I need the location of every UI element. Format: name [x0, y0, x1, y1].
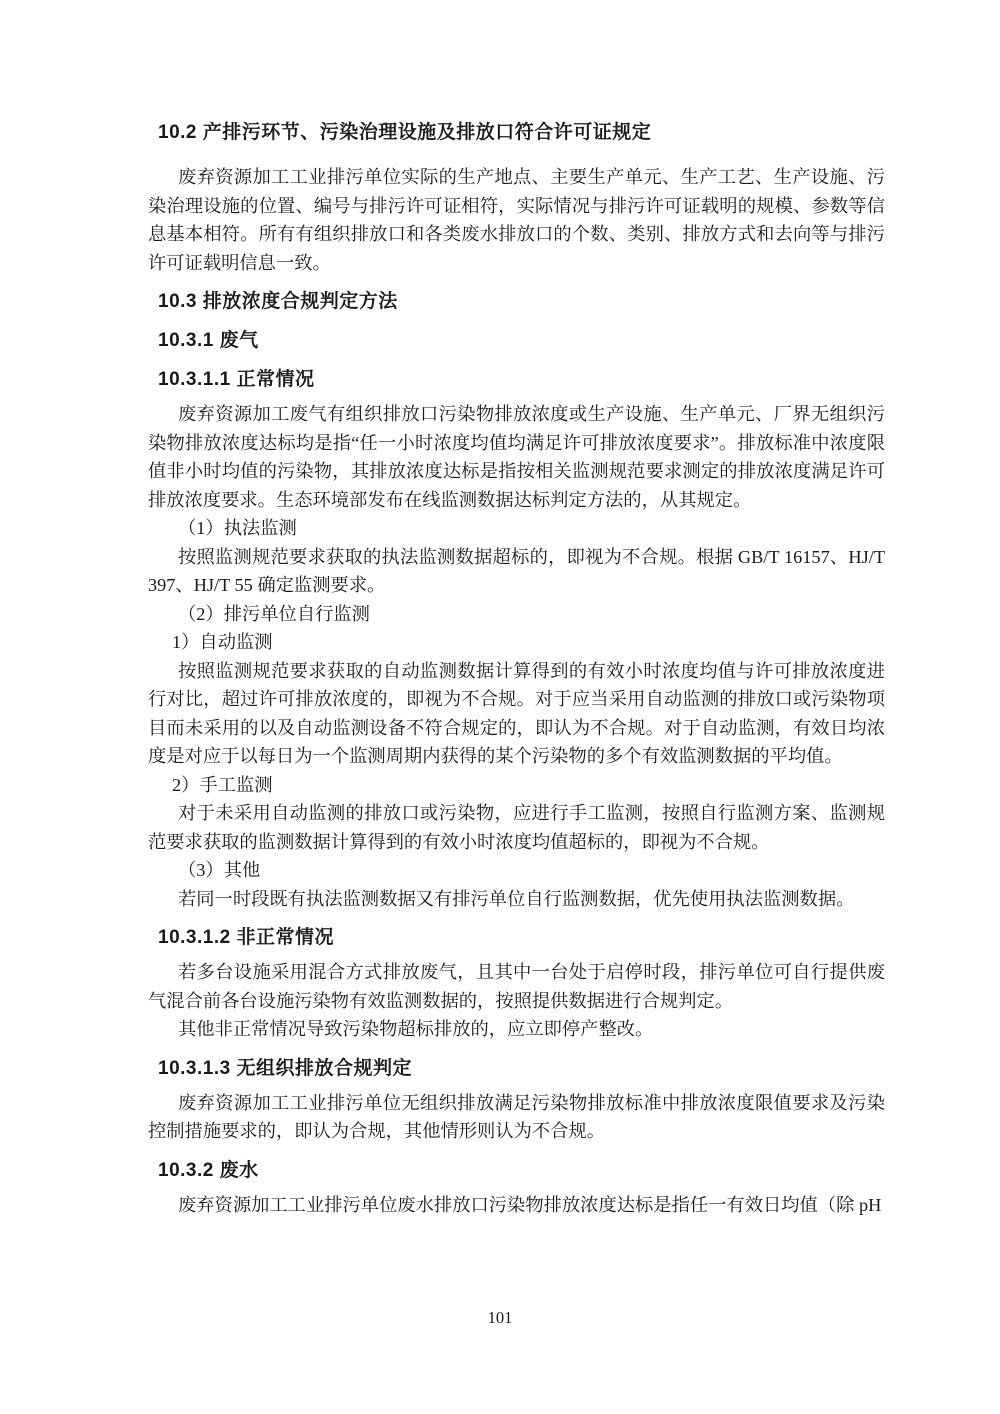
section-heading-10-2: 10.2 产排污环节、污染治理设施及排放口符合许可证规定 [158, 118, 885, 147]
paragraph-abnormal-stop-production: 其他非正常情况导致污染物超标排放的，应立即停产整改。 [148, 1015, 885, 1044]
paragraph-abnormal-mixed-discharge: 若多台设施采用混合方式排放废气，且其中一台处于启停时段，排污单位可自行提供废气混… [148, 958, 885, 1015]
paragraph-fugitive-emission: 废弃资源加工工业排污单位无组织排放满足污染物排放标准中排放浓度限值要求及污染控制… [148, 1089, 885, 1146]
item-self-monitoring: （2）排污单位自行监测 [148, 600, 885, 629]
section-heading-10-3-1: 10.3.1 废气 [158, 326, 885, 355]
document-page: 10.2 产排污环节、污染治理设施及排放口符合许可证规定 废弃资源加工工业排污单… [0, 0, 1000, 1414]
item-law-enforcement-monitoring: （1）执法监测 [148, 514, 885, 543]
page-number: 101 [0, 1308, 1000, 1328]
paragraph-wastewater: 废弃资源加工工业排污单位废水排放口污染物排放浓度达标是指任一有效日均值（除 pH [148, 1191, 885, 1220]
paragraph-law-enforcement-monitoring: 按照监测规范要求获取的执法监测数据超标的，即视为不合规。根据 GB/T 1615… [148, 543, 885, 600]
section-heading-10-3-1-2: 10.3.1.2 非正常情况 [158, 923, 885, 952]
item-other: （3）其他 [148, 856, 885, 885]
section-heading-10-3: 10.3 排放浓度合规判定方法 [158, 287, 885, 316]
subitem-automatic-monitoring: 1）自动监测 [148, 628, 885, 657]
section-heading-10-3-2: 10.3.2 废水 [158, 1156, 885, 1185]
paragraph-manual-monitoring: 对于未采用自动监测的排放口或污染物，应进行手工监测，按照自行监测方案、监测规范要… [148, 799, 885, 856]
subitem-manual-monitoring: 2）手工监测 [148, 771, 885, 800]
paragraph-automatic-monitoring: 按照监测规范要求获取的自动监测数据计算得到的有效小时浓度均值与许可排放浓度进行对… [148, 657, 885, 771]
paragraph-normal-condition: 废弃资源加工废气有组织排放口污染物排放浓度或生产设施、生产单元、厂界无组织污染物… [148, 400, 885, 514]
paragraph-other-priority: 若同一时段既有执法监测数据又有排污单位自行监测数据，优先使用执法监测数据。 [148, 885, 885, 914]
section-heading-10-3-1-3: 10.3.1.3 无组织排放合规判定 [158, 1054, 885, 1083]
section-heading-10-3-1-1: 10.3.1.1 正常情况 [158, 365, 885, 394]
paragraph-permit-consistency: 废弃资源加工工业排污单位实际的生产地点、主要生产单元、生产工艺、生产设施、污染治… [148, 163, 885, 277]
